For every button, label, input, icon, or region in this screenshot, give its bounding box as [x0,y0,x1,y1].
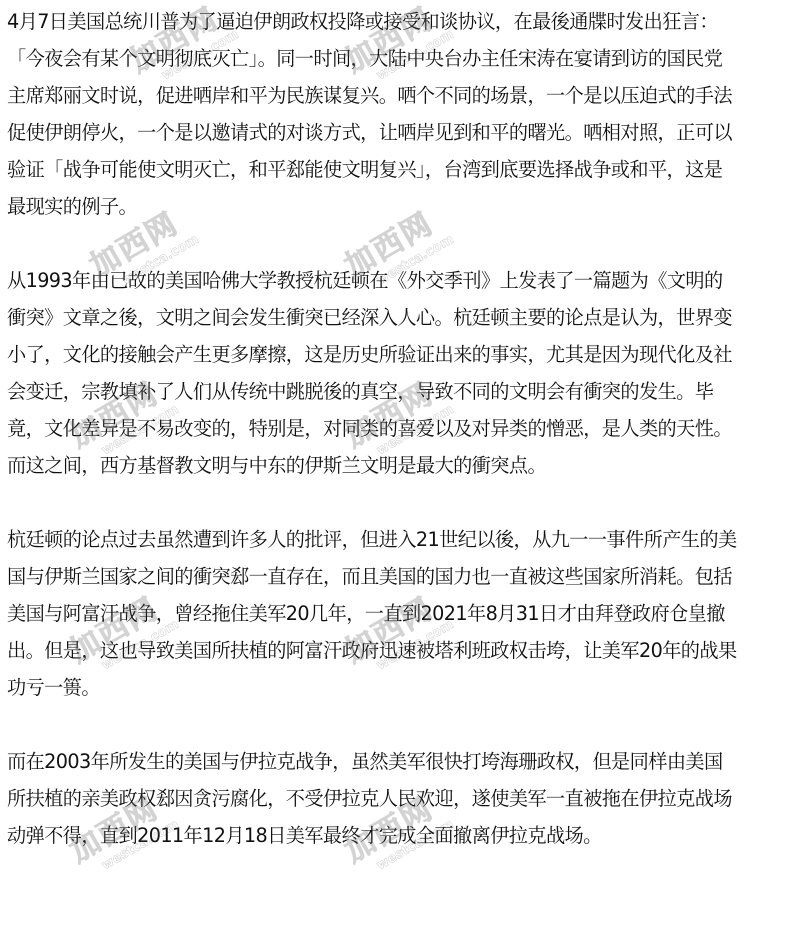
text-line: 而在2003年所发生的美国与伊拉克战争，虽然美军很快打垮海珊政权，但是同样由美国 [7,743,797,780]
text-line: 验证「战争可能使文明灭亡，和平郄能使文明复兴」，台湾到底要选择战争或和平，这是 [7,151,797,188]
text-line: 杭廷顿的论点过去虽然遭到许多人的批评，但进入21世纪以後，从九一一事件所产生的美 [7,521,797,558]
paragraph-1: 4月7日美国总统川普为了逼迫伊朗政权投降或接受和谈协议，在最後通牒时发出狂言： … [7,3,797,225]
text-line: 美国与阿富汗战争，曾经拖住美军20几年，一直到2021年8月31日才由拜登政府仓… [7,595,797,632]
text-line: 竟，文化差异是不易改变的，特别是，对同类的喜爱以及对异类的憎恶，是人类的天性。 [7,410,797,447]
text-line: 从1993年由已故的美国哈佛大学教授杭廷顿在《外交季刊》上发表了一篇题为《文明的 [7,262,797,299]
text-line: 功亏一篑。 [7,669,797,706]
text-line: 而这之间，西方基督教文明与中东的伊斯兰文明是最大的衝突点。 [7,447,797,484]
text-line: 主席郑丽文时说，促进哂岸和平为民族谋复兴。哂个不同的场景，一个是以压迫式的手法 [7,77,797,114]
text-line: 「今夜会有某个文明彻底灭亡」。同一时间，大陆中央台办主任宋涛在宴请到访的国民党 [7,40,797,77]
text-line: 促使伊朗停火，一个是以邀请式的对谈方式，让哂岸见到和平的曙光。哂相对照，正可以 [7,114,797,151]
paragraph-3: 杭廷顿的论点过去虽然遭到许多人的批评，但进入21世纪以後，从九一一事件所产生的美… [7,521,797,706]
text-line: 最现实的例子。 [7,188,797,225]
text-line: 所扶植的亲美政权郄因贪污腐化，不受伊拉克人民欢迎，遂使美军一直被拖在伊拉克战场 [7,780,797,817]
article-body: 4月7日美国总统川普为了逼迫伊朗政权投降或接受和谈协议，在最後通牒时发出狂言： … [7,3,797,891]
paragraph-2: 从1993年由已故的美国哈佛大学教授杭廷顿在《外交季刊》上发表了一篇题为《文明的… [7,262,797,484]
text-line: 出。但是，这也导致美国所扶植的阿富汗政府迅速被塔利班政权击垮，让美军20年的战果 [7,632,797,669]
text-line: 会变迁，宗教填补了人们从传统中跳脱後的真空，导致不同的文明会有衝突的发生。毕 [7,373,797,410]
text-line: 国与伊斯兰国家之间的衝突郄一直存在，而且美国的国力也一直被这些国家所消耗。包括 [7,558,797,595]
text-line: 4月7日美国总统川普为了逼迫伊朗政权投降或接受和谈协议，在最後通牒时发出狂言： [7,3,797,40]
text-line: 衝突》文章之後，文明之间会发生衝突已经深入人心。杭廷顿主要的论点是认为，世界变 [7,299,797,336]
text-line: 小了，文化的接触会产生更多摩擦，这是历史所验证出来的事实，尤其是因为现代化及社 [7,336,797,373]
text-line: 动弹不得，直到2011年12月18日美军最终才完成全面撤离伊拉克战场。 [7,817,797,854]
paragraph-4: 而在2003年所发生的美国与伊拉克战争，虽然美军很快打垮海珊政权，但是同样由美国… [7,743,797,854]
